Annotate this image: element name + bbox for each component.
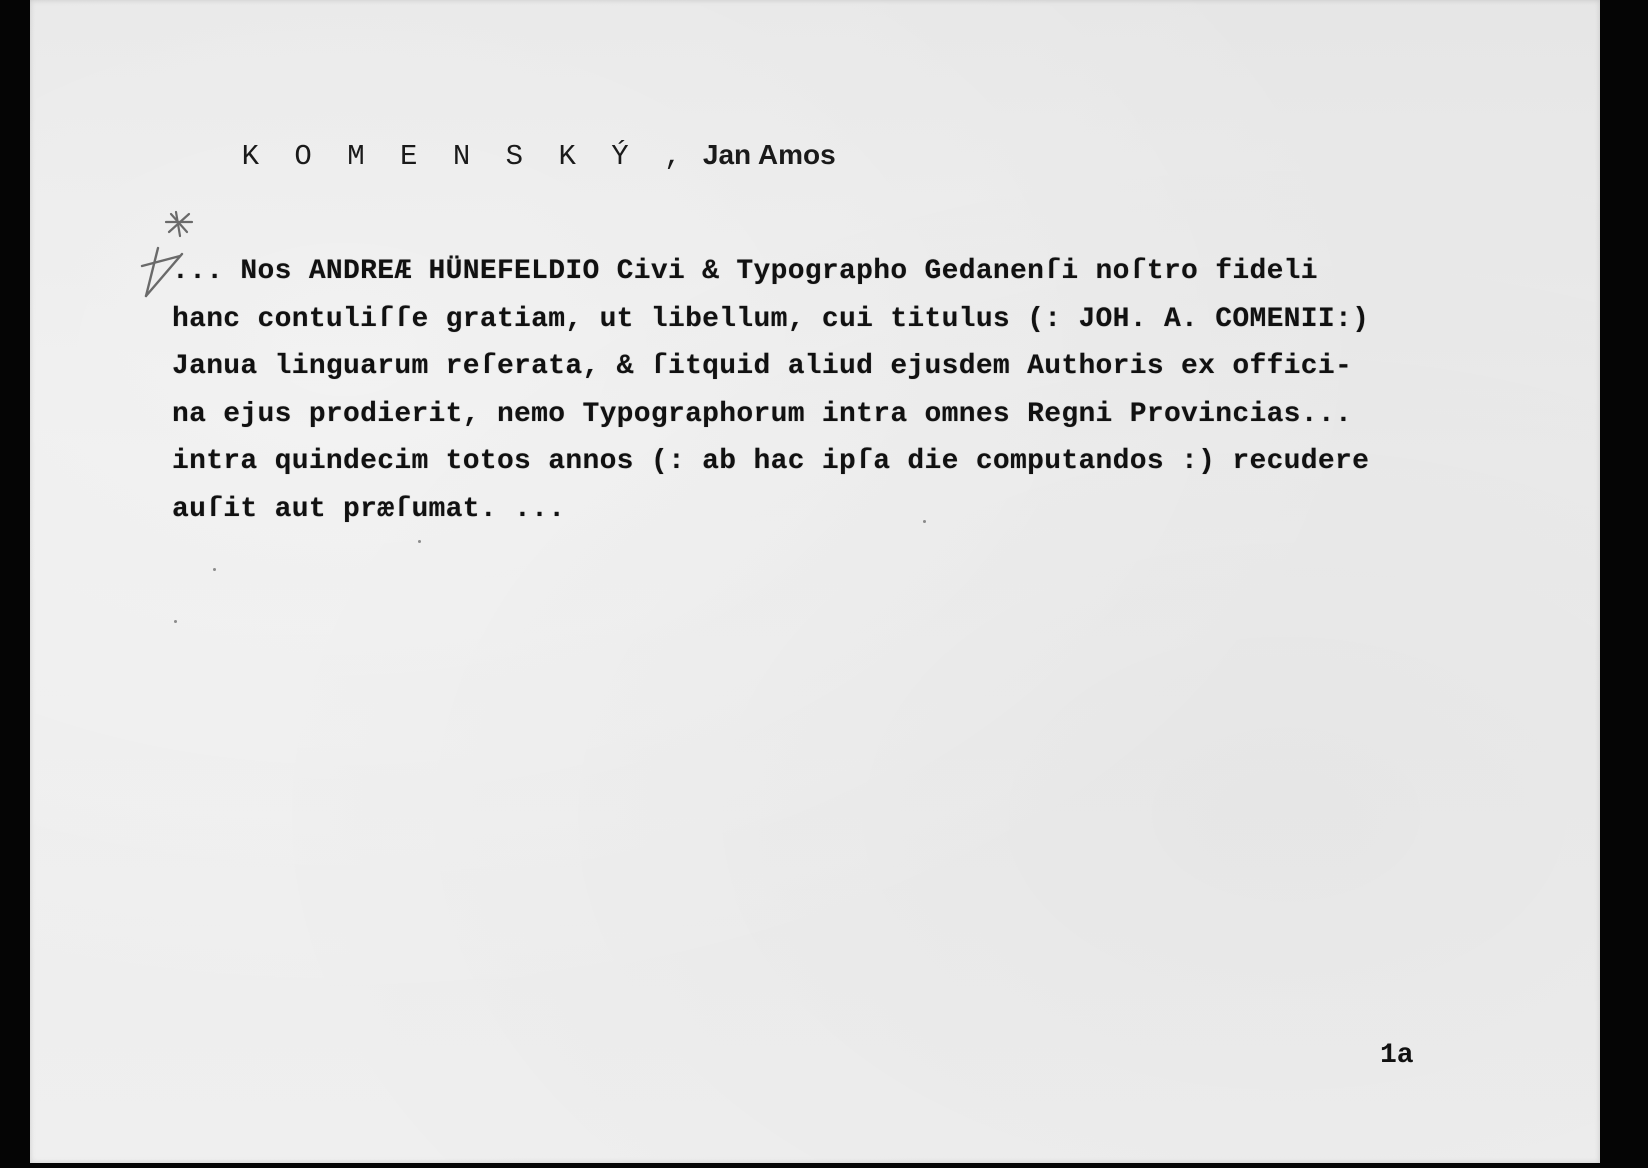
quotation-line: na ejus prodierit, nemo Typographorum in…: [172, 391, 1532, 439]
card-heading: K O M E N S K Ý , Jan Amos: [172, 106, 836, 206]
paper-speck: [418, 540, 421, 543]
paper-speck: [923, 520, 926, 523]
quotation-line: ... Nos ANDREÆ HÜNEFELDIO Civi & Typogra…: [172, 248, 1532, 296]
paper-speck: [213, 568, 216, 571]
heading-separator: ,: [664, 140, 699, 173]
author-surname: K O M E N S K Ý: [242, 140, 664, 173]
card-page-number: 1a: [1380, 1040, 1414, 1071]
quotation-line: intra quindecim totos annos (: ab hac ip…: [172, 438, 1532, 486]
catalog-card: K O M E N S K Ý , Jan Amos ... Nos ANDRE…: [30, 0, 1600, 1163]
quotation-line: auſit aut præſumat. ...: [172, 486, 1532, 534]
paper-speck: [174, 620, 177, 623]
quotation-line: hanc contuliſſe gratiam, ut libellum, cu…: [172, 296, 1532, 344]
quotation-line: Janua linguarum reſerata, & ſitquid aliu…: [172, 343, 1532, 391]
quotation-text: ... Nos ANDREÆ HÜNEFELDIO Civi & Typogra…: [172, 248, 1532, 533]
author-given-names: Jan Amos: [703, 139, 836, 170]
